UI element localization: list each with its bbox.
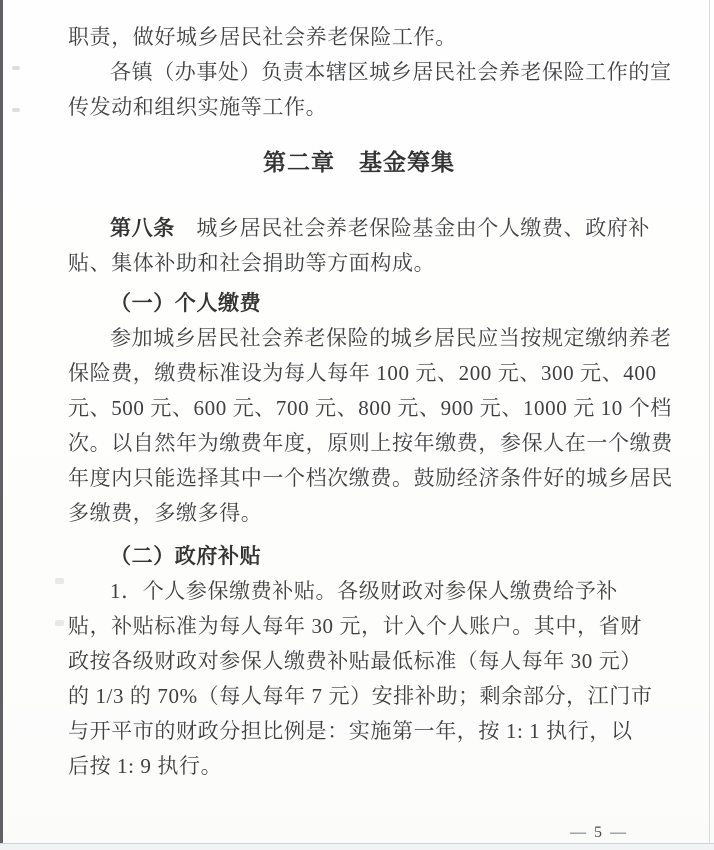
document-line: 贴、集体补助和社会捐助等方面构成。 xyxy=(68,246,650,281)
scan-artifact xyxy=(12,66,20,70)
article-number: 第八条 xyxy=(110,216,175,240)
document-line: 后按 1: 9 执行。 xyxy=(68,749,650,784)
document-line: 第八条 城乡居民社会养老保险基金由个人缴费、政府补 xyxy=(68,211,650,246)
scan-artifact xyxy=(55,620,64,626)
document-line: 参加城乡居民社会养老保险的城乡居民应当按规定缴纳养老 xyxy=(68,321,650,356)
page-left-edge-line xyxy=(0,0,3,850)
page-right-edge-line xyxy=(709,0,710,850)
document-line: 元、500 元、600 元、700 元、800 元、900 元、1000 元 1… xyxy=(68,391,650,426)
scan-artifact xyxy=(55,578,64,584)
scan-artifact xyxy=(12,108,20,112)
document-line: 年度内只能选择其中一个档次缴费。鼓励经济条件好的城乡居民 xyxy=(68,461,650,496)
page-bottom-strip xyxy=(0,844,714,850)
document-line: 多缴费，多缴多得。 xyxy=(68,496,650,531)
document-line: 的 1/3 的 70%（每人每年 7 元）安排补助；剩余部分，江门市 xyxy=(68,679,650,714)
document-line: 保险费，缴费标准设为每人每年 100 元、200 元、300 元、400 xyxy=(68,356,650,391)
scanned-document-page: 职责，做好城乡居民社会养老保险工作。各镇（办事处）负责本辖区城乡居民社会养老保险… xyxy=(0,0,714,850)
document-line: 贴，补贴标准为每人每年 30 元，计入个人账户。其中，省财 xyxy=(68,609,650,644)
document-line: 1．个人参保缴费补贴。各级财政对参保人缴费给予补 xyxy=(68,574,650,609)
section-heading: （一）个人缴费 xyxy=(68,286,650,321)
document-line: 次。以自然年为缴费年度，原则上按年缴费，参保人在一个缴费 xyxy=(68,426,650,461)
document-line: 与开平市的财政分担比例是：实施第一年，按 1: 1 执行，以 xyxy=(68,714,650,749)
section-heading: （二）政府补贴 xyxy=(68,539,650,574)
document-line: 各镇（办事处）负责本辖区城乡居民社会养老保险工作的宣 xyxy=(68,55,650,90)
document-line: 政按各级财政对参保人缴费补贴最低标准（每人每年 30 元） xyxy=(68,644,650,679)
document-line: 职责，做好城乡居民社会养老保险工作。 xyxy=(68,20,650,55)
document-body: 职责，做好城乡居民社会养老保险工作。各镇（办事处）负责本辖区城乡居民社会养老保险… xyxy=(68,20,650,784)
document-line: 传发动和组织实施等工作。 xyxy=(68,90,650,125)
chapter-heading: 第二章 基金筹集 xyxy=(68,145,650,180)
page-number: — 5 — xyxy=(570,824,628,842)
